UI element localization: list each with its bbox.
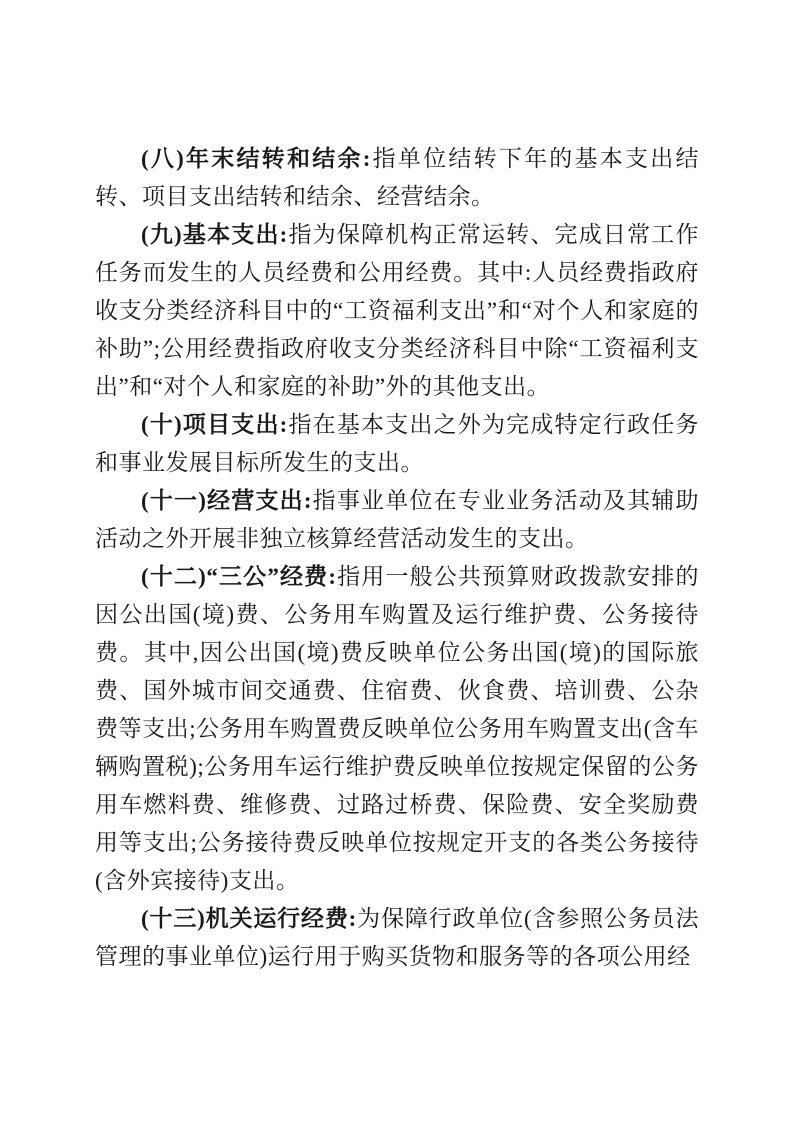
paragraph: (十二)“三公”经费:指用一般公共预算财政拨款安排的因公出国(境)费、公务用车购… bbox=[95, 558, 699, 900]
paragraph-label: (十一)经营支出: bbox=[141, 488, 312, 513]
paragraph: (八)年末结转和结余:指单位结转下年的基本支出结转、项目支出结转和结余、经营结余… bbox=[95, 140, 699, 216]
paragraph-label: (十二)“三公”经费: bbox=[141, 564, 336, 589]
paragraph-label: (八)年末结转和结余: bbox=[141, 146, 371, 171]
paragraph-label: (十三)机关运行经费: bbox=[141, 906, 357, 931]
document-page: (八)年末结转和结余:指单位结转下年的基本支出结转、项目支出结转和结余、经营结余… bbox=[0, 0, 794, 1123]
paragraph: (十)项目支出:指在基本支出之外为完成特定行政任务和事业发展目标所发生的支出。 bbox=[95, 406, 699, 482]
paragraph-text: 指为保障机构正常运转、完成日常工作任务而发生的人员经费和公用经费。其中:人员经费… bbox=[95, 222, 699, 399]
paragraph: (九)基本支出:指为保障机构正常运转、完成日常工作任务而发生的人员经费和公用经费… bbox=[95, 216, 699, 406]
paragraph-text: 指用一般公共预算财政拨款安排的因公出国(境)费、公务用车购置及运行维护费、公务接… bbox=[95, 564, 699, 893]
paragraph-label: (九)基本支出: bbox=[141, 222, 288, 247]
document-body: (八)年末结转和结余:指单位结转下年的基本支出结转、项目支出结转和结余、经营结余… bbox=[95, 140, 699, 976]
paragraph: (十三)机关运行经费:为保障行政单位(含参照公务员法管理的事业单位)运行用于购买… bbox=[95, 900, 699, 976]
paragraph-label: (十)项目支出: bbox=[141, 412, 288, 437]
paragraph: (十一)经营支出:指事业单位在专业业务活动及其辅助活动之外开展非独立核算经营活动… bbox=[95, 482, 699, 558]
